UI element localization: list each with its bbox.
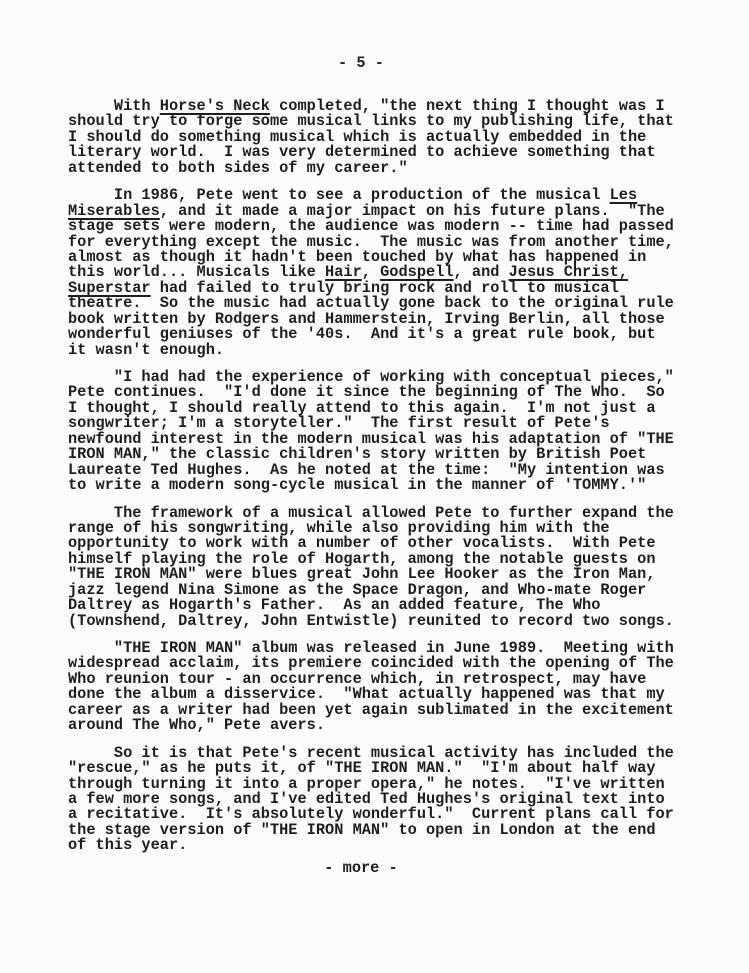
paragraph: The framework of a musical allowed Pete … [68,506,708,630]
paragraph: With Horse's Neck completed, "the next t… [68,99,708,176]
text-line: attended to both sides of my career." [68,161,708,176]
text-line: of this year. [68,838,708,853]
text-line: it wasn't enough. [68,343,708,358]
text-segment: (Townshend, Daltrey, John Entwistle) reu… [68,612,674,630]
text-line: around The Who," Pete avers. [68,718,708,733]
document-body: With Horse's Neck completed, "the next t… [68,99,708,866]
more-indicator: - more - [68,860,654,876]
paragraph: So it is that Pete's recent musical acti… [68,746,708,854]
paragraph: "I had had the experience of working wit… [68,370,708,494]
text-segment: around The Who," Pete avers. [68,716,325,734]
paragraph: "THE IRON MAN" album was released in Jun… [68,641,708,734]
text-line: (Townshend, Daltrey, John Entwistle) reu… [68,614,708,629]
text-segment: attended to both sides of my career." [68,159,408,177]
document-page: - 5 - With Horse's Neck completed, "the … [0,0,749,973]
text-segment: it wasn't enough. [68,341,224,359]
text-segment: to write a modern song-cycle musical in … [68,476,646,494]
text-line: to write a modern song-cycle musical in … [68,478,708,493]
page-number: - 5 - [68,55,654,71]
paragraph: In 1986, Pete went to see a production o… [68,188,708,358]
text-segment: of this year. [68,836,187,854]
